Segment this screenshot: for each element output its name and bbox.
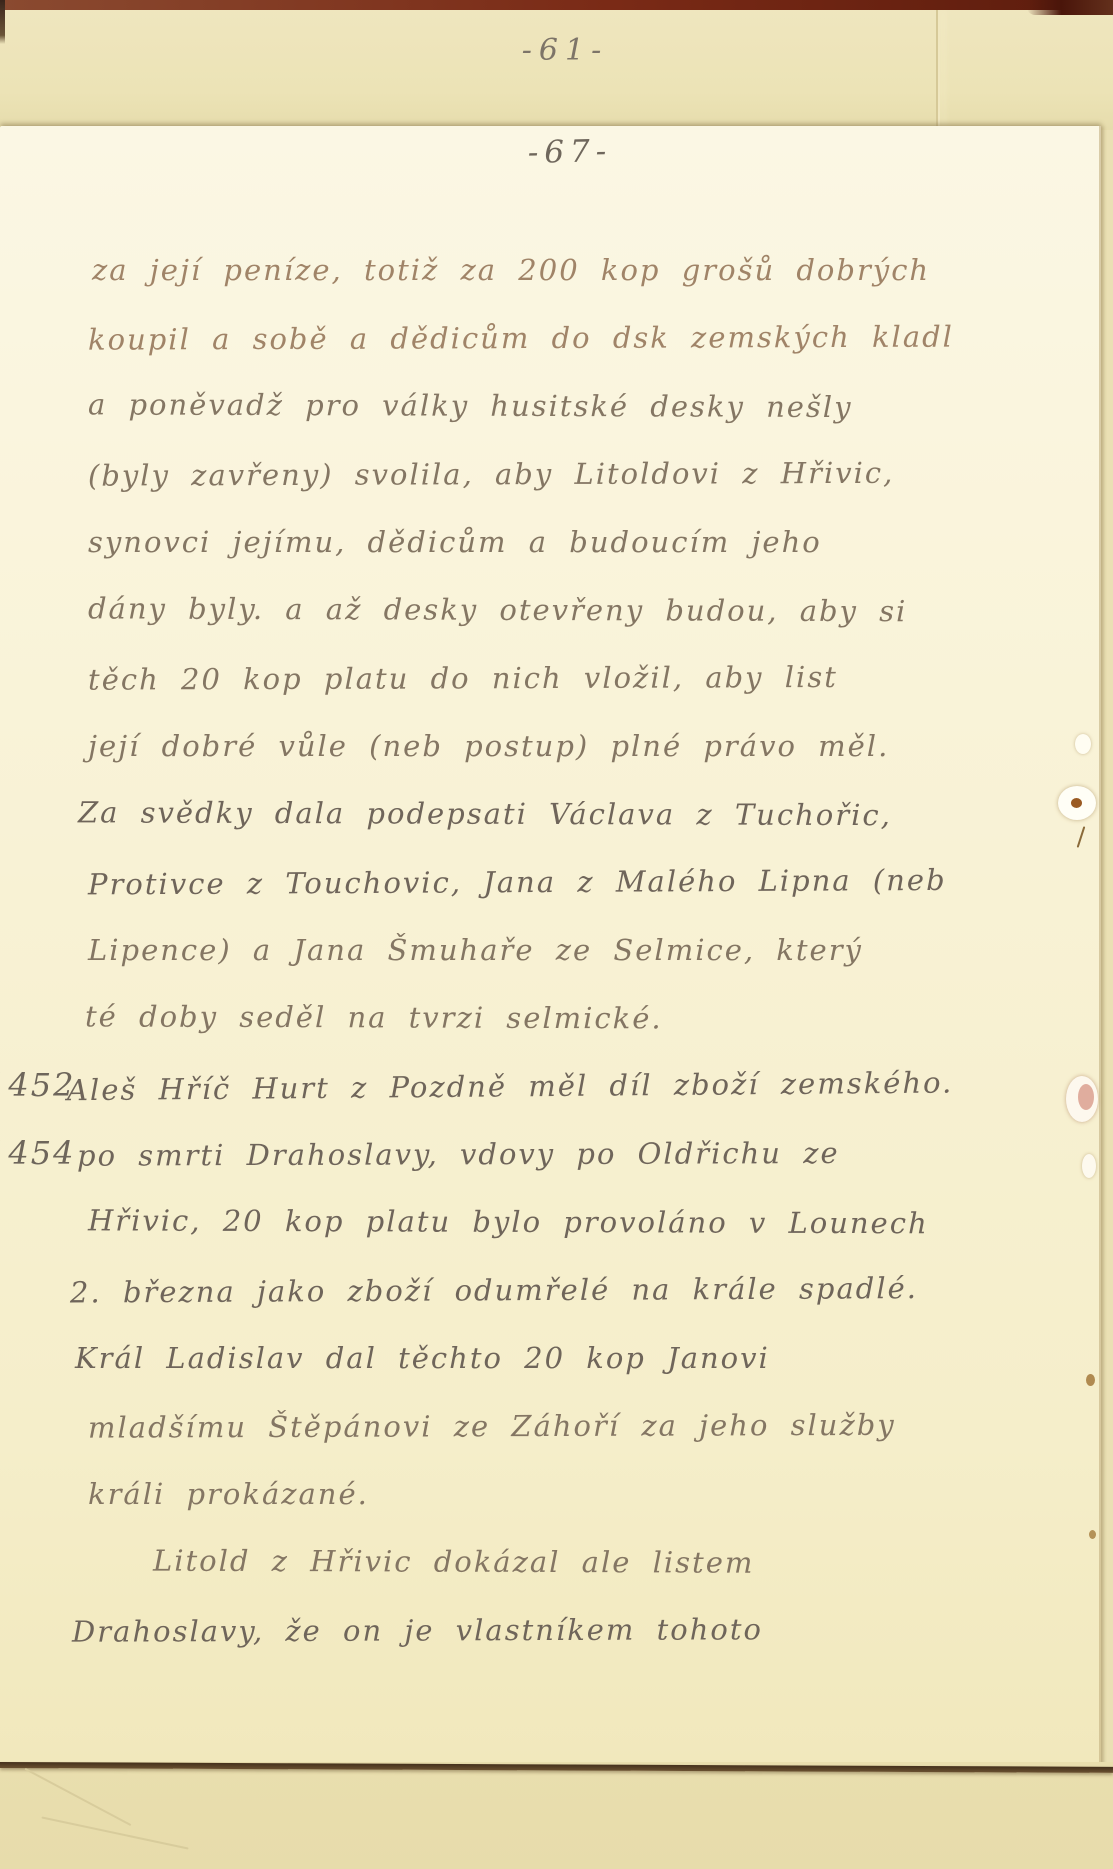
handwritten-line: Král Ladislav dal těchto 20 kop Janovi <box>0 1324 1101 1392</box>
page-number: -67- <box>500 133 641 171</box>
handwritten-line: a poněvadž pro války husitské desky nešl… <box>0 370 1101 442</box>
previous-page-number: -61- <box>505 33 625 68</box>
handwritten-line: Protivce z Touchovic, Jana z Malého Lipn… <box>0 845 1101 919</box>
handwritten-line: za její peníze, totiž za 200 kop grošů d… <box>0 236 1101 304</box>
book-binding-edge <box>0 0 1113 10</box>
book-scan: -61- -67- za její peníze, totiž za 200 k… <box>0 0 1113 1869</box>
paper-tear <box>1075 734 1091 754</box>
handwritten-line: 2. března jako zboží odumřelé na krále s… <box>0 1253 1101 1327</box>
manuscript-page: -67- za její peníze, totiž za 200 kop gr… <box>0 126 1101 1768</box>
handwritten-line: Lipence) a Jana Šmuhaře ze Selmice, kter… <box>0 916 1101 984</box>
handwritten-text: za její peníze, totiž za 200 kop grošů d… <box>0 236 1101 1664</box>
handwritten-line: Aleš Hříč Hurt z Pozdně měl díl zboží ze… <box>0 1047 1101 1125</box>
page-fold-line <box>936 8 938 130</box>
handwritten-line: těch 20 kop platu do nich vložil, aby li… <box>0 642 1101 714</box>
book-binding-sliver <box>0 0 5 44</box>
underlying-page-bottom <box>0 1762 1113 1869</box>
previous-page-edge: -61- <box>0 3 1113 130</box>
handwritten-line: králi prokázané. <box>0 1460 1101 1528</box>
handwritten-line: její dobré vůle (neb postup) plné právo … <box>0 712 1101 780</box>
handwritten-line: dány byly. a až desky otevřeny budou, ab… <box>0 574 1101 646</box>
handwritten-line: Za svědky dala podepsati Václava z Tucho… <box>0 778 1101 850</box>
paper-tear <box>1082 1154 1096 1178</box>
page-right-edge <box>1099 126 1101 1766</box>
paper-crease <box>41 1816 188 1849</box>
handwritten-line: synovci jejímu, dědicům a budoucím jeho <box>0 508 1101 576</box>
paper-speck <box>1089 1530 1096 1539</box>
handwritten-line: Litold z Hřivic dokázal ale listem <box>0 1526 1101 1598</box>
handwritten-line: (byly zavřeny) svolila, aby Litoldovi z … <box>0 438 1101 510</box>
page-bottom-edge <box>0 1762 1113 1773</box>
handwritten-line: koupil a sobě a dědicům do dsk zemských … <box>0 302 1101 374</box>
margin-year: 1454 <box>0 1134 76 1172</box>
handwritten-line: po smrti Drahoslavy, vdovy po Oldřichu z… <box>0 1118 1101 1190</box>
handwritten-line: té doby seděl na tvrzi selmické. <box>0 982 1101 1054</box>
handwritten-line: mladšímu Štěpánovi ze Záhoří za jeho slu… <box>0 1390 1101 1462</box>
paper-tear-speck <box>1071 798 1082 808</box>
paper-tear-speck <box>1078 1084 1094 1110</box>
margin-year: 1452 <box>0 1066 76 1104</box>
book-binding-corner <box>1027 0 1113 15</box>
handwritten-line: Drahoslavy, že on je vlastníkem tohoto <box>0 1594 1101 1666</box>
paper-speck <box>1086 1374 1095 1386</box>
handwritten-line: Hřivic, 20 kop platu bylo provoláno v Lo… <box>0 1186 1101 1258</box>
